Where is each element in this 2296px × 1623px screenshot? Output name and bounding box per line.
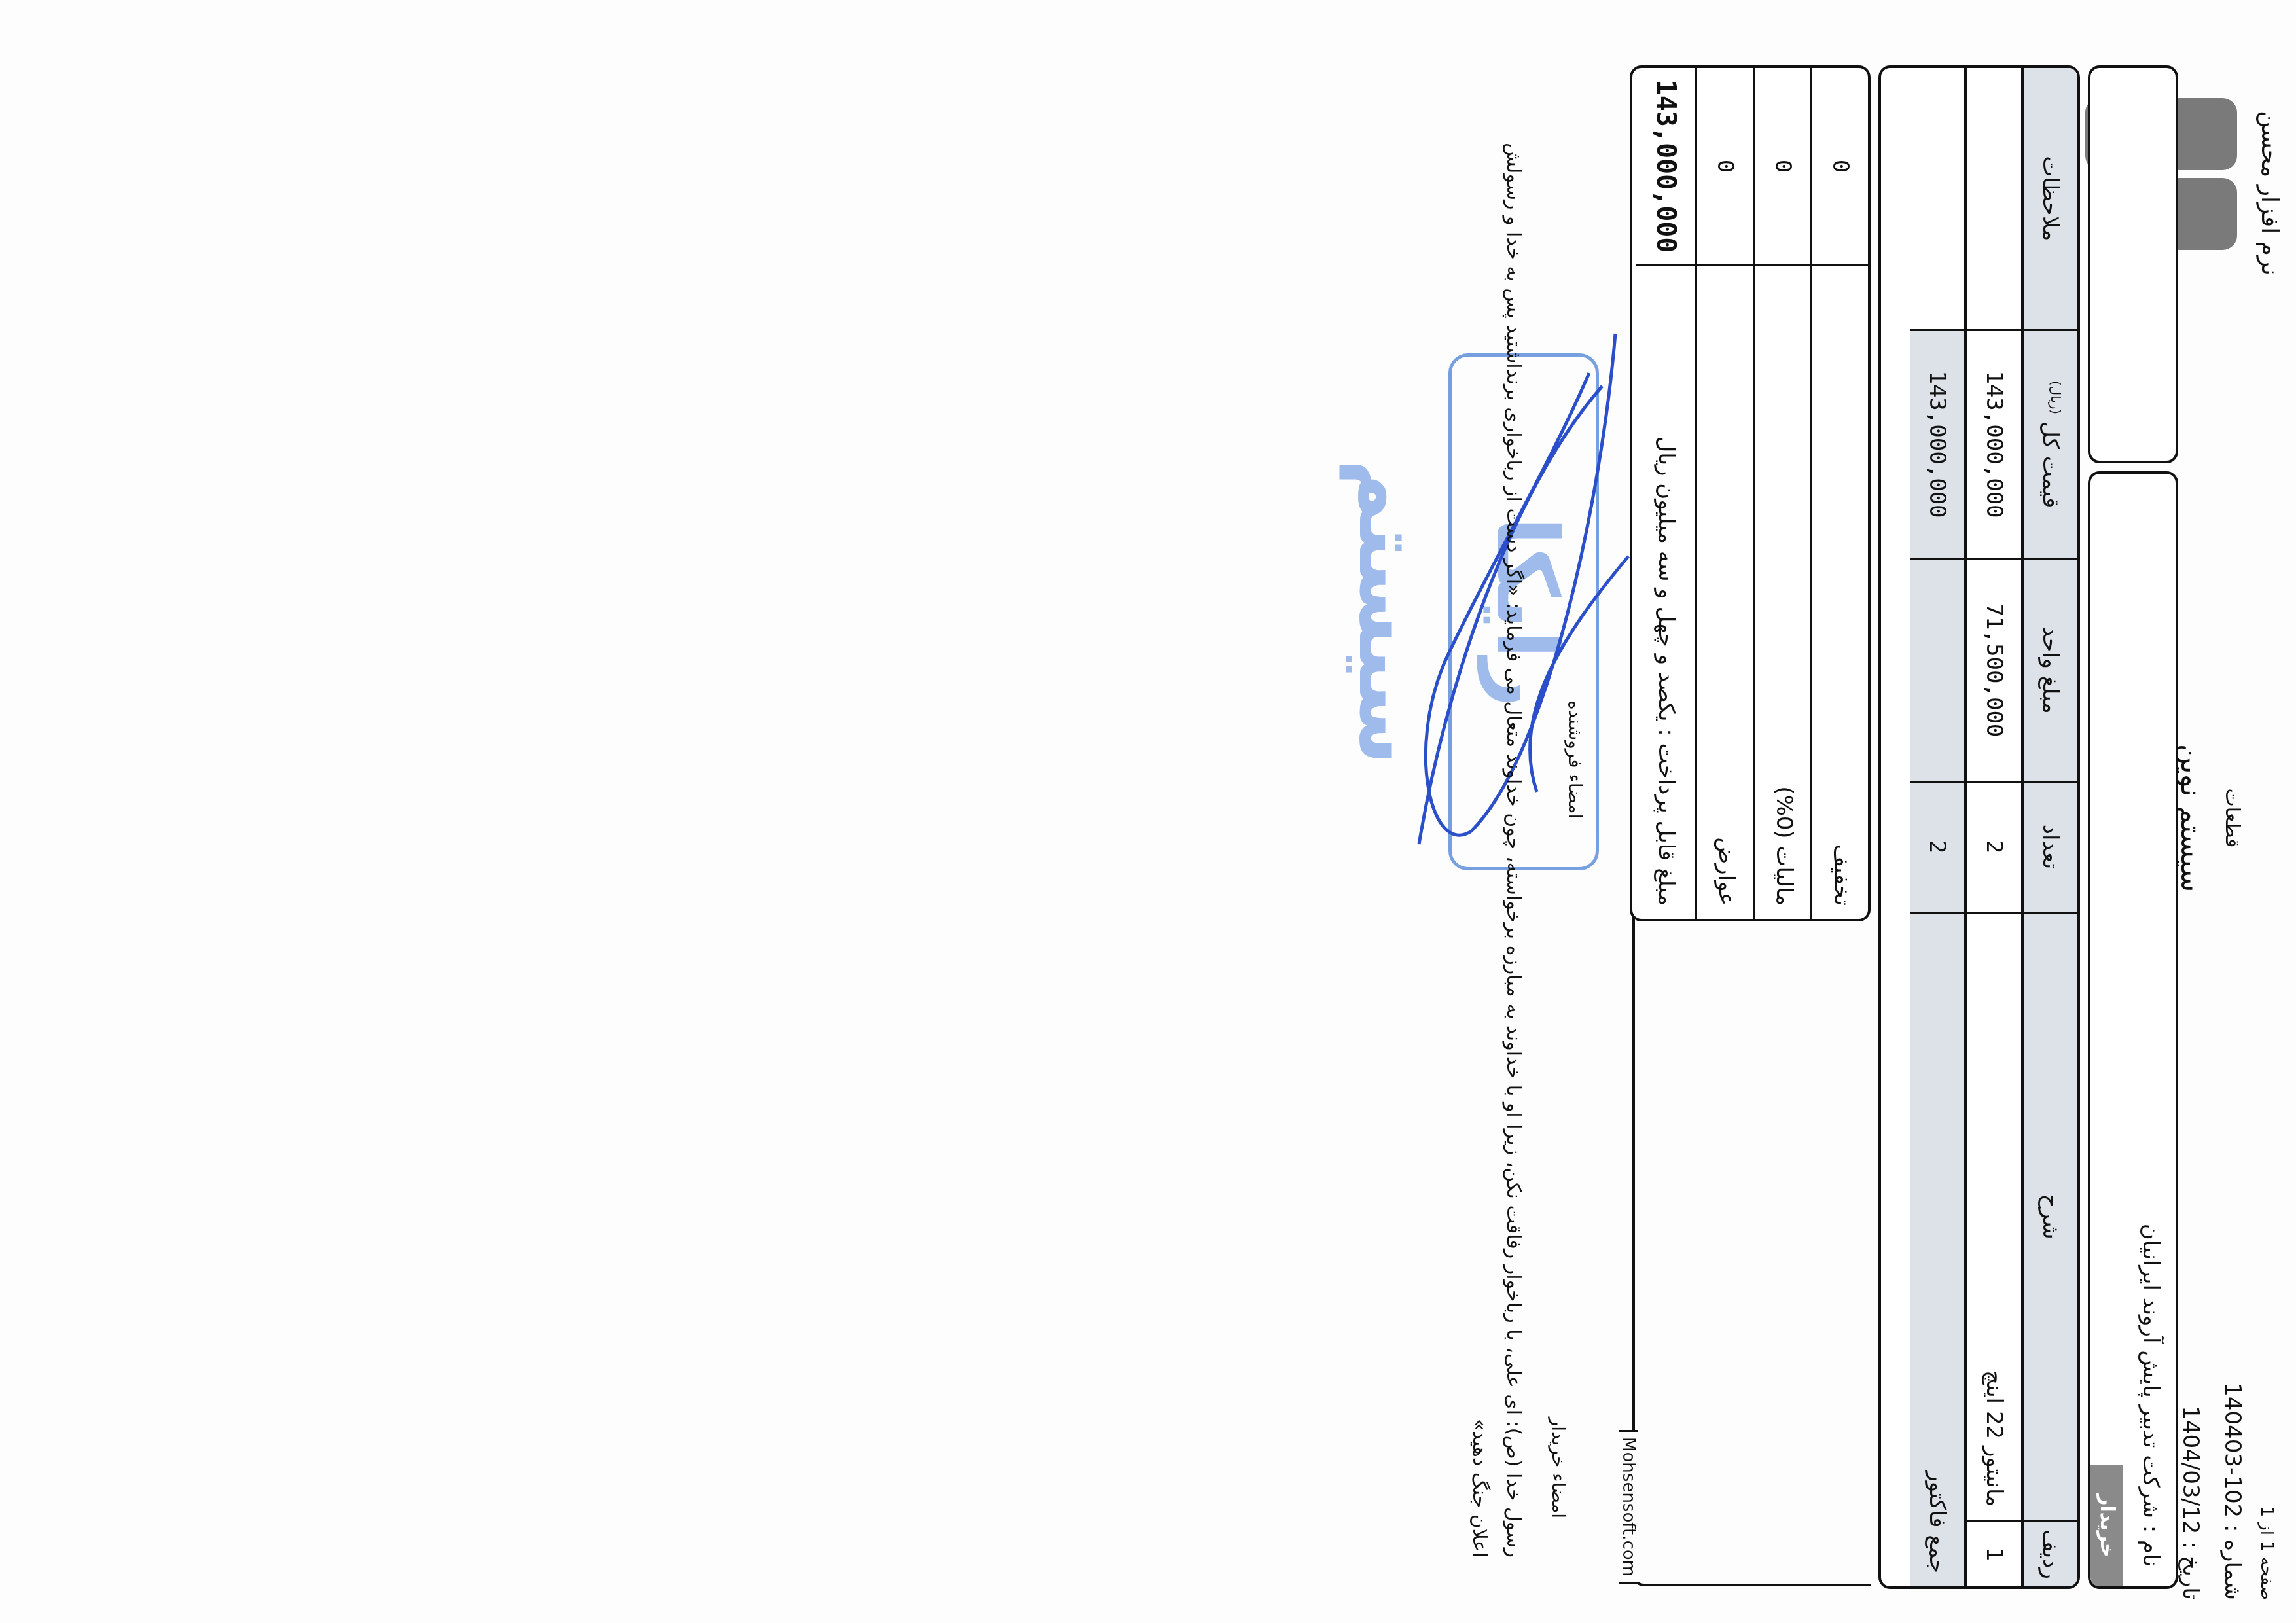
currency-note: (ریال) (2048, 381, 2064, 414)
discount-row: تخفیف 0 (1810, 68, 1868, 919)
invoice-number: شماره : 102-140403 (2212, 1234, 2253, 1600)
site-credit: Mohsensoft.com (1619, 1430, 1638, 1584)
items-table: ردیف شرح تعداد مبلغ واحد قیمت کل (ریال) … (1878, 65, 2080, 1589)
buyer-name: نام : شرکت تدبیر پایش آروند ایرانیان (2138, 1224, 2164, 1567)
buyer-box: نام : شرکت تدبیر پایش آروند ایرانیان خری… (2088, 471, 2178, 1589)
footer-quote: رسول خدا (ص): ای علی، با رباخوار رفاقت ن… (1462, 131, 1530, 1558)
discount-value: 0 (1812, 68, 1868, 266)
cell-qty: 2 (1966, 781, 2023, 912)
buyer-tag: خریدار (2090, 1465, 2123, 1586)
page-indicator: صفحه 1 از 1 (2253, 1234, 2280, 1600)
fees-row: عوارض 0 (1695, 68, 1753, 919)
total-label: جمع فاکتور (1910, 912, 1966, 1586)
tax-value: 0 (1755, 68, 1810, 266)
tax-row: مالیات (0%) 0 (1753, 68, 1810, 919)
remarks-area (1632, 916, 1871, 1586)
invoice-header-info: صفحه 1 از 1 شماره : 102-140403 تاریخ : 1… (2170, 1234, 2280, 1600)
seller-info-box (2088, 65, 2178, 463)
total-notes-empty (1910, 68, 1966, 330)
cell-row: 1 (1966, 1521, 2023, 1586)
col-header-unit: مبلغ واحد (2022, 559, 2077, 781)
logo-text: نرم افزار محسن (2256, 88, 2283, 298)
col-header-notes: ملاحظات (2022, 68, 2077, 330)
col-header-desc: شرح (2022, 912, 2077, 1521)
fees-label: عوارض (1713, 837, 1740, 906)
seller-name: سیستم نوین (2174, 654, 2208, 982)
table-row: 1 مانیتور 22 اینچ 2 71,500,000 143,000,0… (1966, 68, 2023, 1586)
col-header-row: ردیف (2022, 1521, 2077, 1586)
fees-value: 0 (1697, 68, 1753, 266)
cell-notes (1966, 68, 2023, 330)
invoice-number-value: 102-140403 (2219, 1382, 2246, 1518)
cell-unit: 71,500,000 (1966, 559, 2023, 781)
discount-label: تخفیف (1829, 844, 1855, 906)
total-qty: 2 (1910, 781, 1966, 912)
invoice-date-label: تاریخ : (2178, 1541, 2204, 1600)
payable-row: مبلغ قابل پرداخت : یکصد و چهل و سه میلیو… (1636, 68, 1695, 919)
total-amount: 143,000,000 (1910, 330, 1966, 559)
seller-title: قطعات سیستم نوین (2174, 654, 2244, 982)
total-unit-empty (1910, 559, 1966, 781)
col-header-qty: تعداد (2022, 781, 2077, 912)
summary-box: تخفیف 0 مالیات (0%) 0 عوارض 0 مبلغ قابل … (1630, 65, 1871, 921)
invoice-page: نرم افزار محسن صفحه 1 از 1 شماره : 102-1… (0, 0, 2296, 1623)
table-header-row: ردیف شرح تعداد مبلغ واحد قیمت کل (ریال) … (2022, 68, 2077, 1586)
cell-desc: مانیتور 22 اینچ (1966, 912, 2023, 1521)
payable-value: 143,000,000 (1636, 68, 1695, 266)
payable-label: مبلغ قابل پرداخت : یکصد و چهل و سه میلیو… (1653, 437, 1679, 906)
buyer-signature-label: امضاء خریدار (1548, 1418, 1570, 1518)
invoice-date-value: 1404/03/12 (2178, 1406, 2204, 1534)
cell-total: 143,000,000 (1966, 330, 2023, 559)
tax-label: مالیات (0%) (1771, 786, 1797, 906)
invoice-number-label: شماره : (2219, 1525, 2246, 1600)
col-header-total: قیمت کل (ریال) (2022, 330, 2077, 559)
table-total-row: جمع فاکتور 2 143,000,000 (1910, 68, 1966, 1586)
seller-subtitle: قطعات (2221, 654, 2244, 982)
